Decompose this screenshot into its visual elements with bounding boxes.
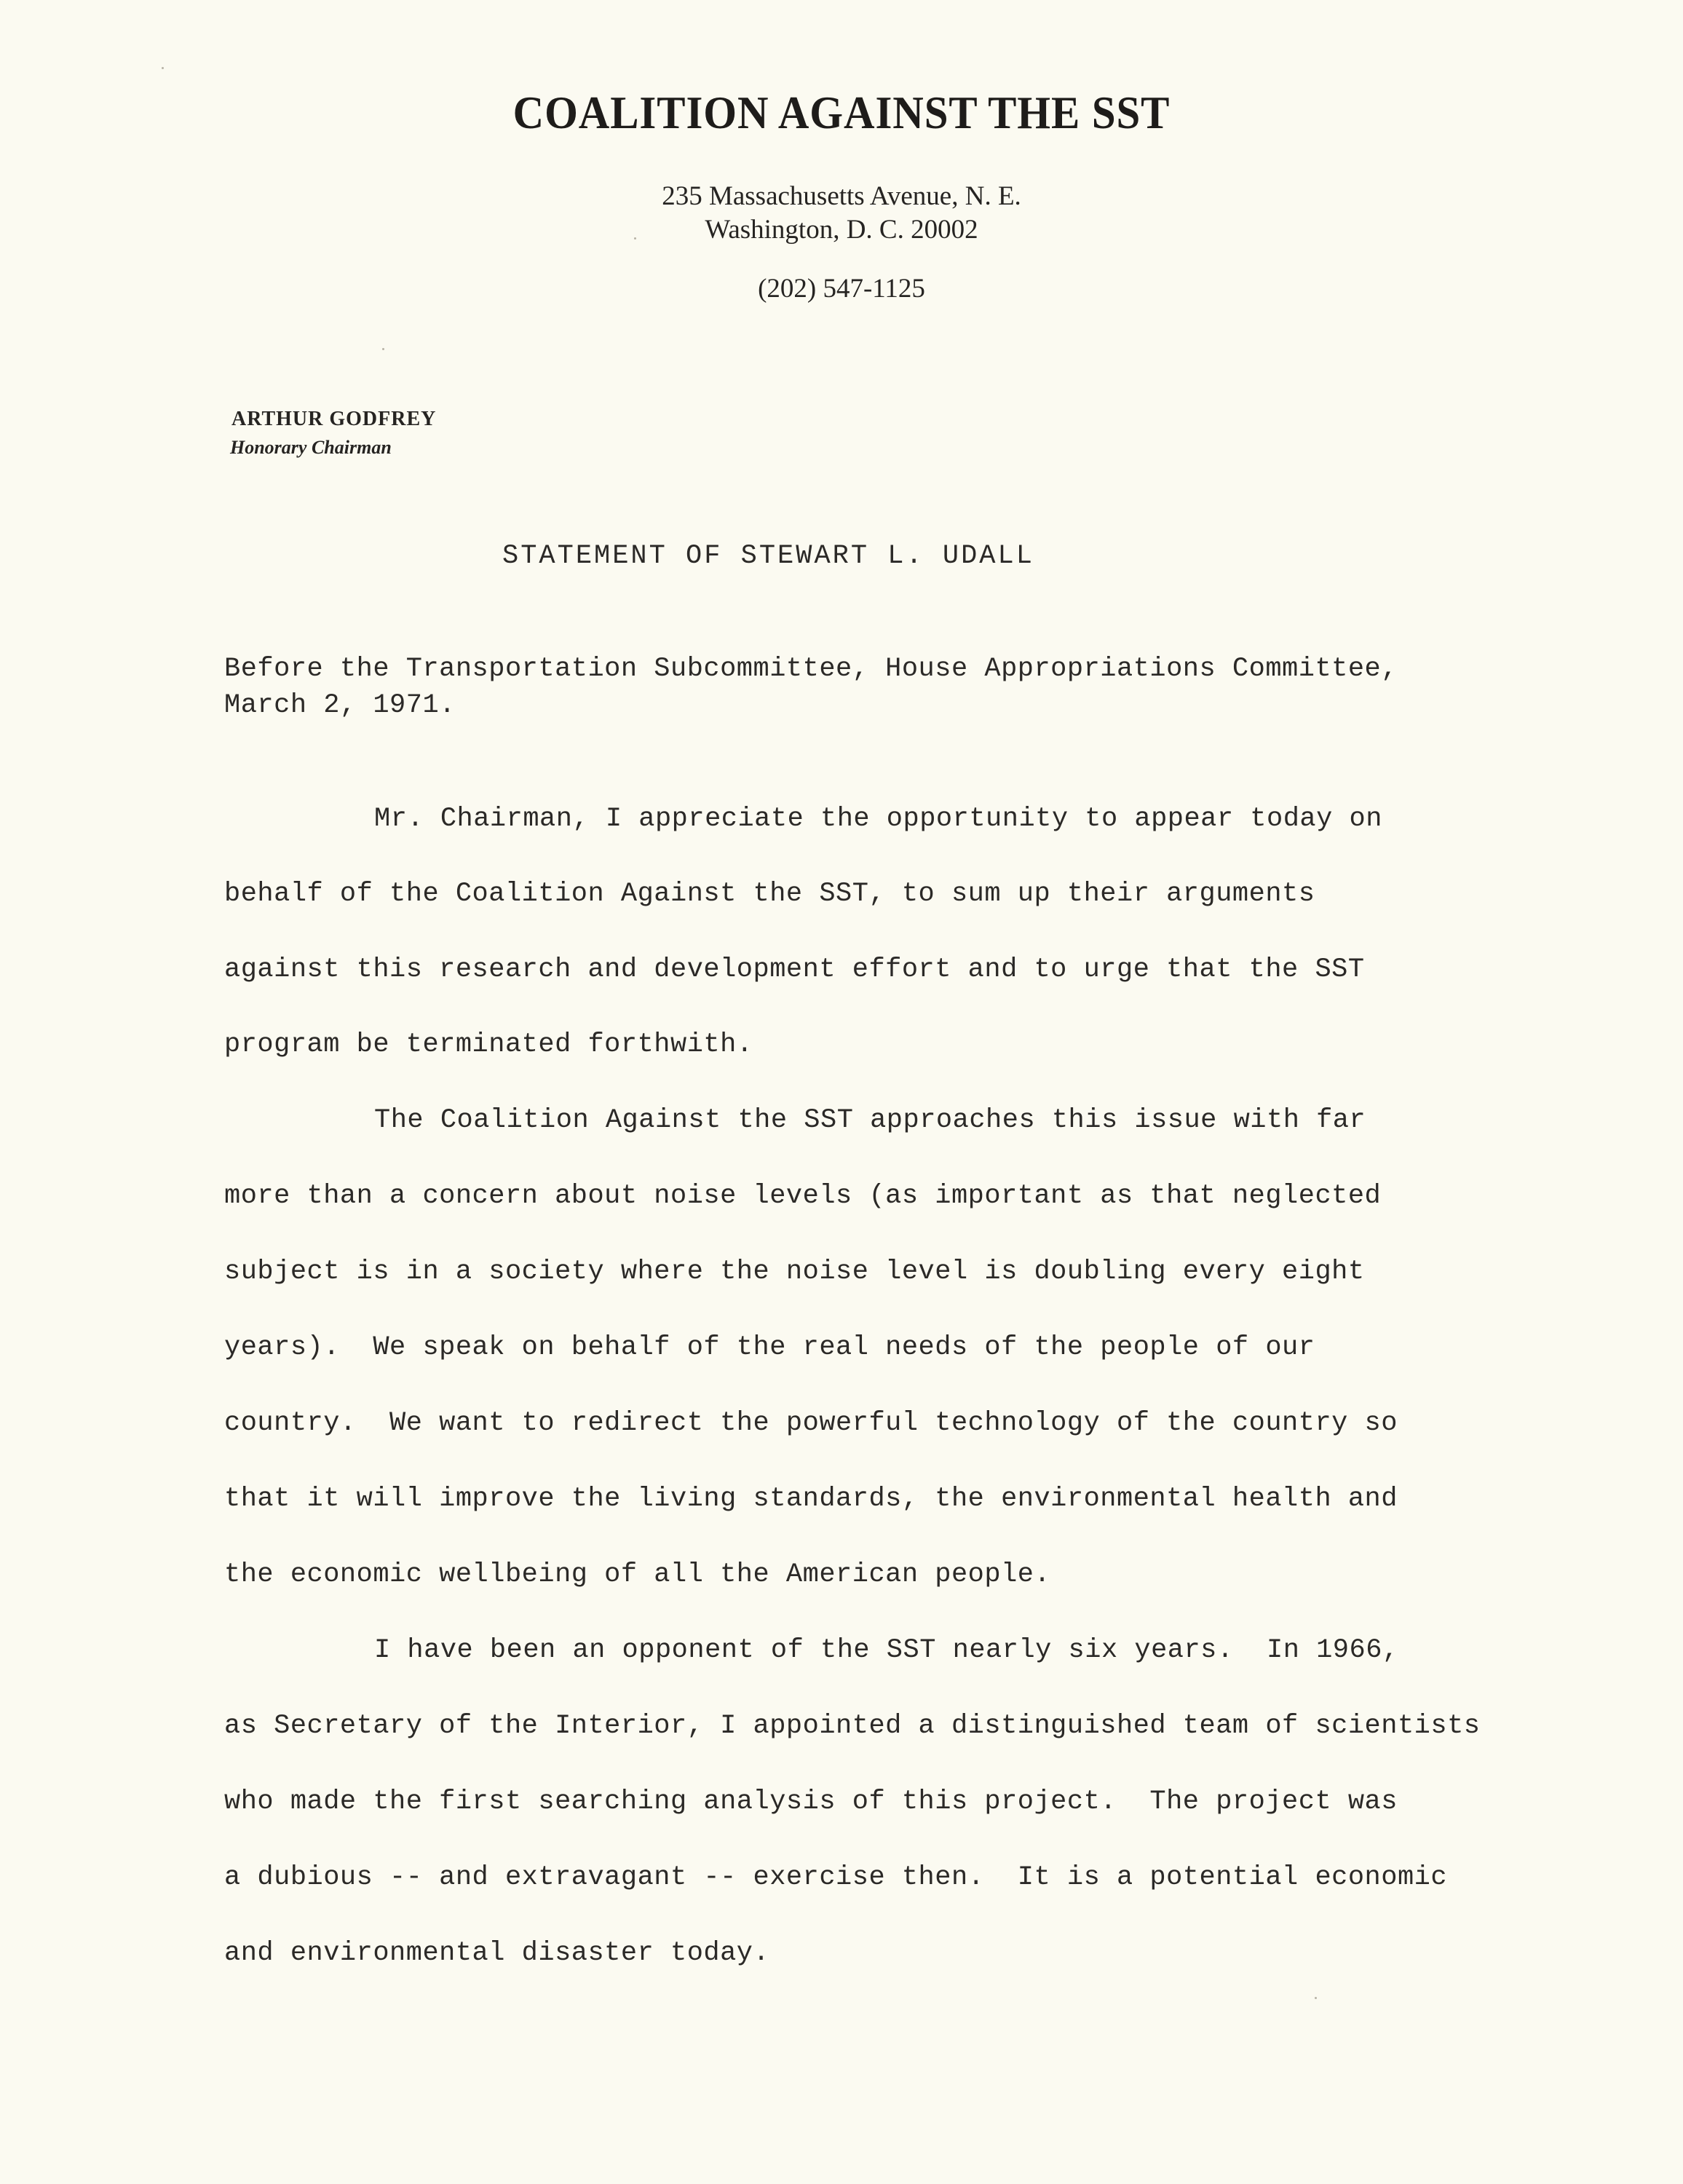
body-line: that it will improve the living standard… <box>224 1484 1398 1514</box>
body-line: as Secretary of the Interior, I appointe… <box>224 1711 1480 1741</box>
paper-speck <box>1315 1997 1317 1999</box>
body-line: behalf of the Coalition Against the SST,… <box>224 879 1315 909</box>
address-line-1: 235 Massachusetts Avenue, N. E. <box>0 181 1683 212</box>
body-line: Mr. Chairman, I appreciate the opportuni… <box>374 804 1382 834</box>
body-line: I have been an opponent of the SST nearl… <box>374 1635 1399 1666</box>
body-line: country. We want to redirect the powerfu… <box>224 1408 1398 1439</box>
body-line: years). We speak on behalf of the real n… <box>224 1332 1315 1363</box>
address-line-2: Washington, D. C. 20002 <box>0 214 1683 245</box>
paper-speck <box>162 67 164 69</box>
paper-speck <box>634 237 636 240</box>
hearing-context-line-2: March 2, 1971. <box>224 690 456 721</box>
body-line: program be terminated forthwith. <box>224 1029 753 1060</box>
chairman-name: ARTHUR GODFREY <box>231 408 436 431</box>
body-line: a dubious -- and extravagant -- exercise… <box>224 1862 1447 1893</box>
body-line: The Coalition Against the SST approaches… <box>374 1105 1366 1136</box>
phone-number: (202) 547-1125 <box>0 273 1683 304</box>
paper-speck <box>382 348 384 350</box>
body-line: against this research and development ef… <box>224 954 1365 985</box>
body-line: subject is in a society where the noise … <box>224 1257 1365 1287</box>
hearing-context-line-1: Before the Transportation Subcommittee, … <box>224 654 1398 684</box>
statement-title: STATEMENT OF STEWART L. UDALL <box>502 541 1034 571</box>
body-line: and environmental disaster today. <box>224 1938 769 1969</box>
body-line: the economic wellbeing of all the Americ… <box>224 1559 1050 1590</box>
organization-name: COALITION AGAINST THE SST <box>67 86 1615 140</box>
body-line: more than a concern about noise levels (… <box>224 1181 1381 1211</box>
body-line: who made the first searching analysis of… <box>224 1787 1398 1817</box>
chairman-title: Honorary Chairman <box>230 437 392 459</box>
